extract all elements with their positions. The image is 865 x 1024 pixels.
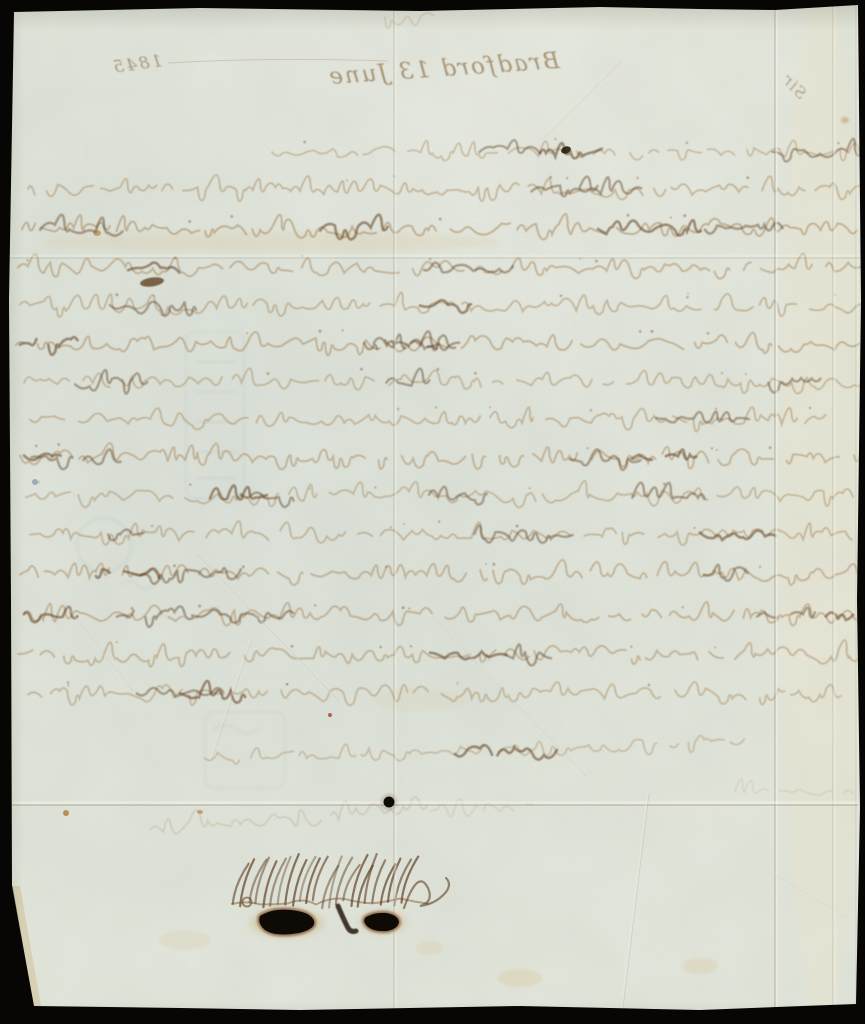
scan-canvas: Bradford 13 June 1845 Sir xyxy=(0,0,865,1024)
paper-grain-texture xyxy=(0,0,865,1024)
paper-sheet: Bradford 13 June 1845 Sir xyxy=(0,0,865,1024)
letter-scan: Bradford 13 June 1845 Sir xyxy=(0,0,865,1024)
